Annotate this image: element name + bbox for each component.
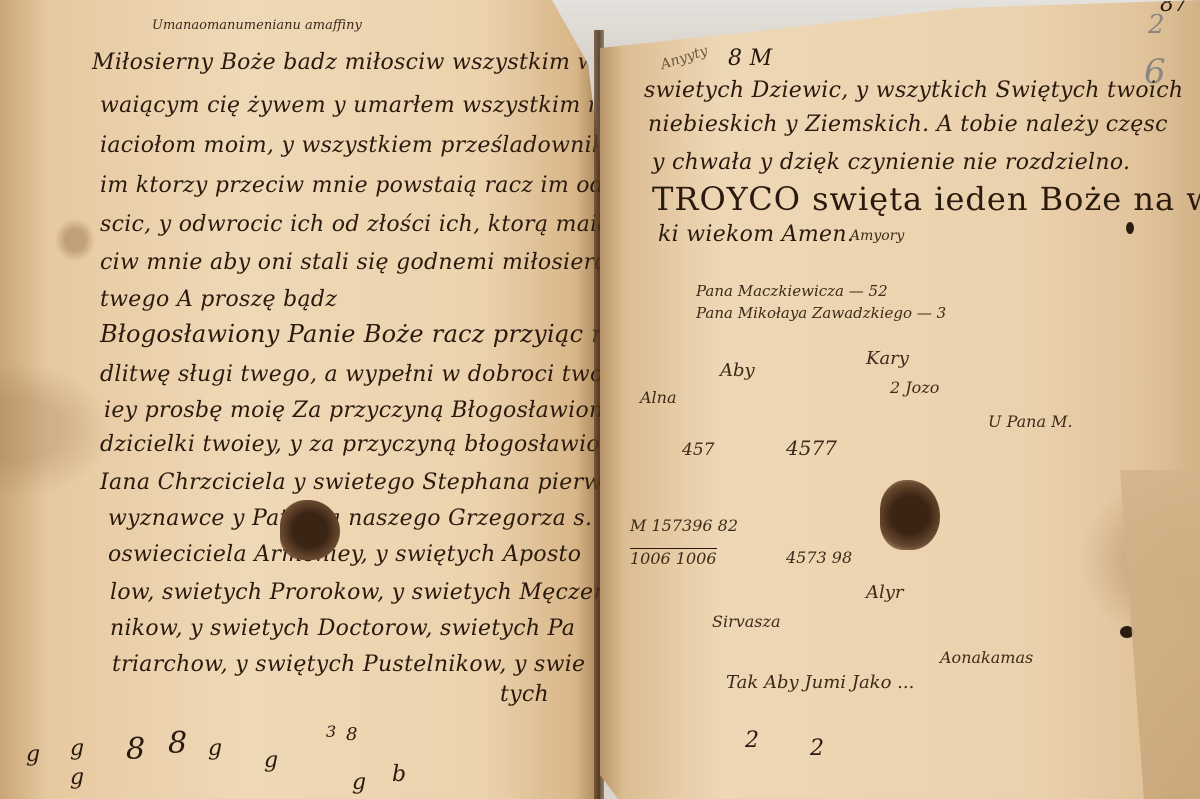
doodle-numeral: 3 — [326, 722, 336, 741]
pencil-mark: 2 — [1148, 10, 1165, 40]
doodle-numeral: g — [70, 736, 84, 761]
text-line: low, swietych Prorokow, y swietych Męcze… — [110, 580, 600, 605]
text-line: waiącym cię żywem y umarłem wszystkim ni… — [100, 93, 600, 118]
text-line: y chwała y dzięk czynienie nie rozdzieln… — [652, 150, 1130, 175]
account-entry: Pana Maczkiewicza — 52 — [696, 282, 888, 300]
doodle-numeral: 2 — [745, 728, 759, 753]
doodle-numeral: g — [264, 748, 278, 773]
left-page: Umanaomanumenianu amaffiny Miłosierny Bo… — [0, 0, 600, 799]
account-entry: Pana Mikołaya Zawadzkiego — 3 — [696, 304, 946, 322]
ink-spot — [1126, 222, 1134, 234]
doodle-numeral: g — [26, 742, 40, 767]
text-line: ki wiekom Amen. — [658, 222, 854, 247]
text-line: triarchow, y swiętych Pustelnikow, y swi… — [112, 652, 585, 677]
marginal-note: Anyyty — [659, 43, 710, 73]
ink-stain — [280, 500, 340, 560]
number-note: M 157396 82 — [630, 516, 738, 535]
text-line: dzicielki twoiey, y za przyczyną błogosł… — [100, 432, 600, 457]
signature: Alyr — [866, 582, 904, 603]
signature: Aonakamas — [940, 648, 1033, 667]
doodle-numeral: 8 — [126, 732, 145, 767]
right-page: 87 2 6 Anyyty 8 M swietych Dziewic, y ws… — [600, 0, 1200, 799]
scribble: Alna — [640, 388, 677, 407]
catchword: tych — [500, 682, 549, 707]
number-note: 1006 1006 — [630, 548, 717, 568]
text-line: niebieskich y Ziemskich. A tobie należy … — [648, 112, 1168, 137]
number-note: 4573 98 — [786, 548, 852, 567]
text-line: Iana Chrzciciela y swietego Stephana pie… — [100, 470, 600, 495]
ink-stain — [880, 480, 940, 550]
signature: Tak Aby Jumi Jako ... — [726, 672, 914, 693]
scribble: Kary — [866, 348, 909, 369]
scribble: Aby — [720, 360, 755, 381]
text-line: ciw mnie aby oni stali się godnemi miłos… — [100, 250, 600, 275]
signature: Sirvasza — [712, 612, 780, 631]
text-line: im ktorzy przeciw mnie powstaią racz im … — [100, 173, 600, 198]
text-line: wyznawce y Patrona naszego Grzegorza s. — [108, 506, 592, 531]
text-line: nikow, y swietych Doctorow, swietych Pa — [110, 616, 575, 641]
text-line: TROYCO swięta ieden Boże na wie — [652, 180, 1200, 218]
doodle-numeral: 2 — [810, 736, 824, 761]
text-line: Miłosierny Boże badz miłosciw wszystkim … — [92, 50, 600, 75]
doodle-numeral: b — [392, 762, 406, 787]
header-note: Umanaomanumenianu amaffiny — [152, 18, 362, 33]
doodle-numeral: g — [70, 765, 84, 790]
text-line: scic, y odwrocic ich od złości ich, ktor… — [100, 212, 600, 237]
doodle-numeral: g — [352, 770, 366, 795]
marginal-note: Amyory — [850, 228, 904, 244]
text-line: oswieciciela Armeniey, y swiętych Aposto — [108, 542, 581, 567]
number-note: 4577 — [786, 436, 837, 460]
text-line: iey prosbę moię Za przyczyną Błogosławio… — [104, 398, 600, 423]
number-note: 457 — [682, 440, 714, 460]
text-line: swietych Dziewic, y wszytkich Swiętych t… — [644, 78, 1183, 103]
doodle-numeral: g — [208, 736, 222, 761]
scribble: U Pana M. — [988, 412, 1073, 431]
text-line: 8 M — [728, 46, 772, 71]
text-line: Błogosławiony Panie Boże racz przyiąc mo — [100, 320, 600, 348]
scribble: 2 Jozo — [890, 378, 939, 397]
text-line: twego A proszę bądz — [100, 287, 337, 312]
text-line: dlitwę sługi twego, a wypełni w dobroci … — [100, 362, 600, 387]
doodle-numeral: 8 — [346, 724, 357, 745]
text-line: iaciołom moim, y wszystkiem prześladowni… — [100, 133, 600, 158]
doodle-numeral: 8 — [168, 726, 187, 761]
